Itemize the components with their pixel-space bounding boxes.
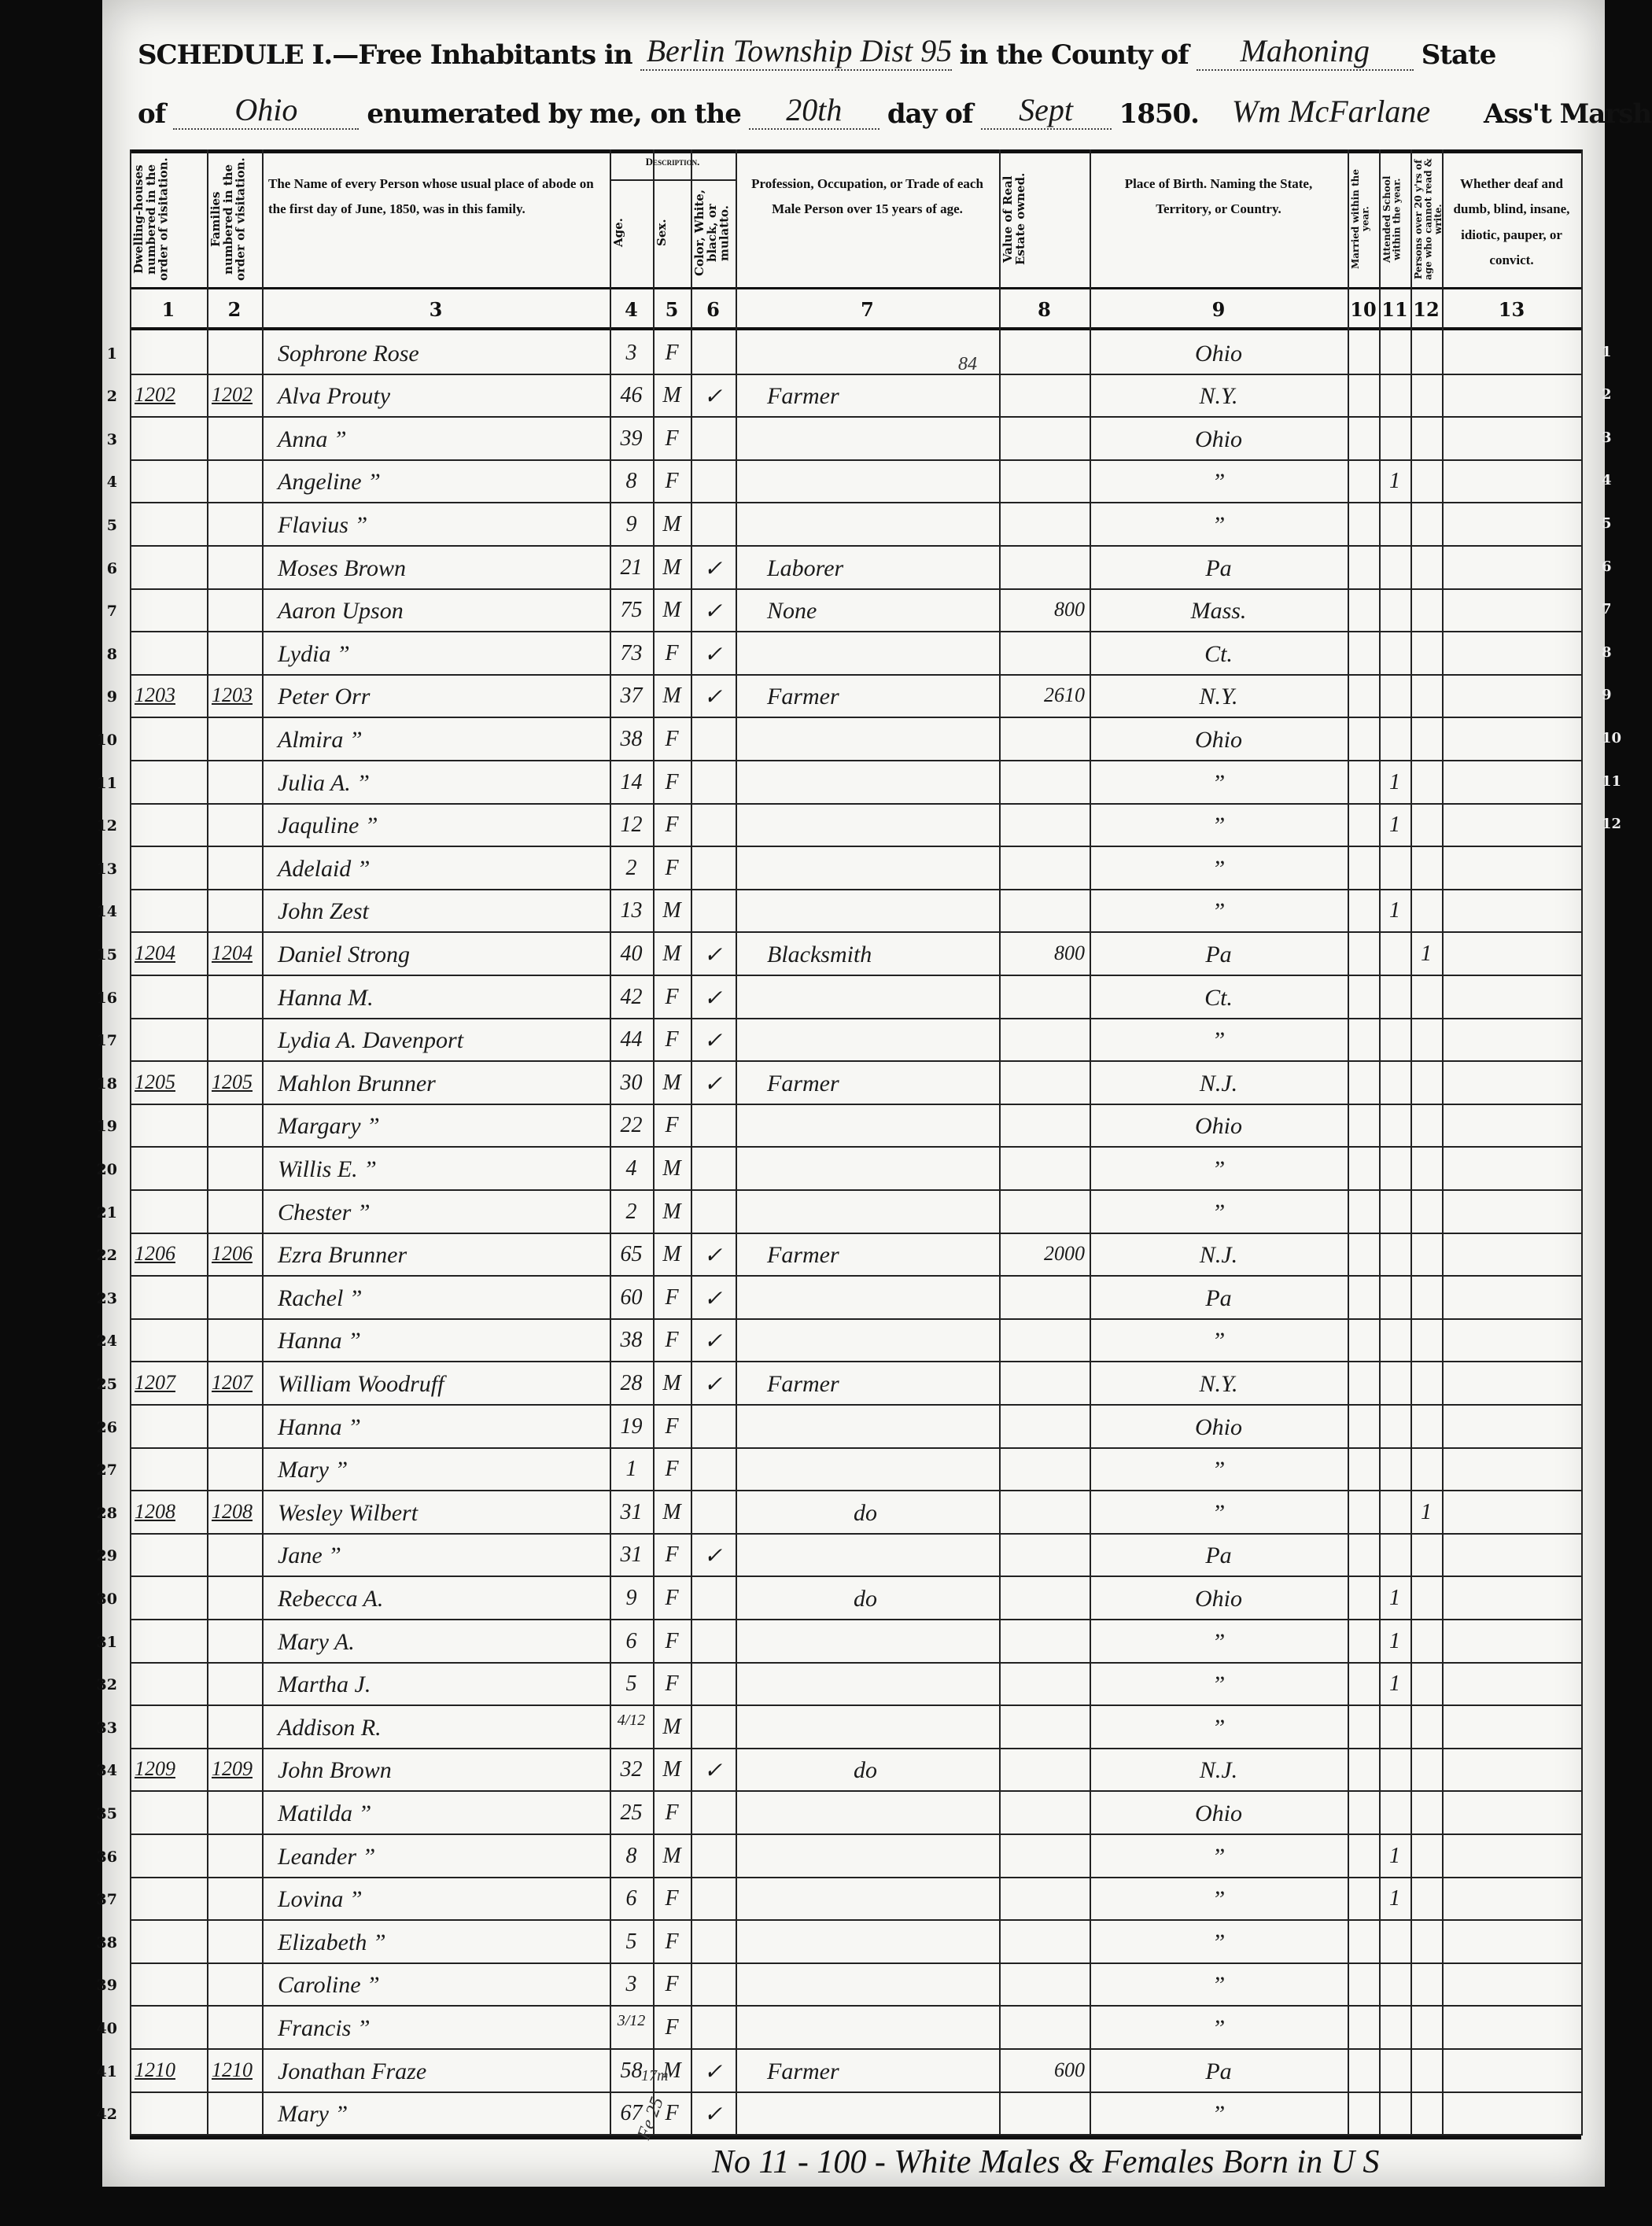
description-group-label: Description. [610, 153, 736, 172]
cell-sex: M [658, 898, 686, 923]
cell-family: 1206 [212, 1242, 257, 1266]
cell-color: ✓ [695, 1285, 731, 1312]
column-header-2: Families numbered in the order of visita… [210, 157, 259, 281]
cell-sex: F [658, 1457, 686, 1482]
line-number: 25 [86, 1376, 117, 1393]
cell-sex: M [658, 1844, 686, 1869]
cell-sex: F [658, 1285, 686, 1310]
cell-occupation: do [854, 1500, 1108, 1527]
cell-sex: M [658, 1200, 686, 1225]
cell-birthplace: Pa [1094, 1285, 1343, 1312]
cell-school: 1 [1384, 1844, 1406, 1869]
column-divider [1442, 149, 1444, 2136]
cell-name: Matilda ” [278, 1800, 616, 1827]
table-bottom-rule [130, 2136, 1581, 2139]
marshal-title: Ass't Marshal. [1484, 98, 1652, 130]
column-header-7: Profession, Occupation, or Trade of each… [742, 171, 993, 223]
cell-school: 1 [1384, 1671, 1406, 1697]
adjacent-line-number: 4 [1602, 472, 1612, 488]
cell-age: 44 [614, 1027, 648, 1052]
cell-dwelling: 1208 [135, 1500, 202, 1524]
cell-birthplace: Mass. [1094, 598, 1343, 625]
row-rule [130, 459, 1581, 461]
row-rule [130, 931, 1581, 933]
cell-name: Flavius ” [278, 512, 616, 539]
year-label: 1850. [1119, 98, 1199, 130]
cell-sex: F [658, 856, 686, 881]
cell-name: Anna ” [278, 426, 616, 453]
cell-age: 4 [614, 1156, 648, 1181]
adjacent-line-number: 10 [1602, 730, 1621, 746]
row-rule [130, 1104, 1581, 1105]
row-rule [130, 1834, 1581, 1835]
cell-name: Almira ” [278, 727, 616, 754]
cell-sex: M [658, 555, 686, 580]
row-rule [130, 846, 1581, 847]
cell-name: Alva Prouty [278, 383, 616, 410]
cell-name: Margary ” [278, 1113, 616, 1140]
line-number: 26 [86, 1419, 117, 1436]
row-rule [130, 1447, 1581, 1449]
line-number: 14 [86, 903, 117, 920]
column-number-8: 8 [999, 298, 1090, 321]
cell-birthplace: ” [1094, 1629, 1343, 1656]
cell-sex: F [658, 770, 686, 795]
cell-birthplace: Pa [1094, 1542, 1343, 1569]
row-rule [130, 760, 1581, 761]
cell-birthplace: ” [1094, 898, 1343, 925]
line-number: 29 [86, 1547, 117, 1564]
cell-birthplace: Pa [1094, 2058, 1343, 2085]
cell-family: 1203 [212, 684, 257, 707]
line-number: 31 [86, 1634, 117, 1651]
line-number: 19 [86, 1118, 117, 1135]
marshal-signature: Wm McFarlane [1207, 93, 1455, 130]
cell-color: ✓ [695, 942, 731, 968]
cell-age: 5 [614, 1929, 648, 1955]
column-number-7: 7 [736, 298, 999, 321]
cell-family: 1207 [212, 1371, 257, 1395]
day-of-label: day of [887, 98, 973, 130]
line-number: 10 [86, 732, 117, 749]
cell-age: 65 [614, 1242, 648, 1267]
cell-real-estate: 2610 [1004, 684, 1085, 707]
cell-age: 4/12 [614, 1712, 648, 1730]
cell-name: Hanna M. [278, 985, 616, 1012]
cell-age: 8 [614, 469, 648, 494]
cell-real-estate: 2000 [1004, 1242, 1085, 1266]
cell-school: 1 [1384, 469, 1406, 494]
column-number-1: 1 [130, 298, 207, 321]
line-number: 40 [86, 2020, 117, 2037]
line-number: 1 [86, 345, 117, 363]
cell-sex: M [658, 942, 686, 967]
cell-name: Mahlon Brunner [278, 1071, 616, 1097]
township-field: Berlin Township Dist 95 [640, 32, 952, 71]
cell-school: 1 [1384, 898, 1406, 923]
cell-name: Adelaid ” [278, 856, 616, 883]
line-number: 28 [86, 1505, 117, 1522]
cell-family: 1208 [212, 1500, 257, 1524]
cell-birthplace: Ohio [1094, 1414, 1343, 1441]
column-divider [262, 149, 264, 2136]
cell-school: 1 [1384, 770, 1406, 795]
cell-sex: M [658, 1371, 686, 1396]
state-label: State [1422, 39, 1496, 71]
cell-occupation: Farmer [767, 684, 1021, 710]
cell-name: Daniel Strong [278, 942, 616, 968]
cell-sex: F [658, 1113, 686, 1138]
cell-age: 19 [614, 1414, 648, 1439]
line-number: 20 [86, 1161, 117, 1178]
cell-name: Hanna ” [278, 1328, 616, 1354]
row-rule [130, 1189, 1581, 1191]
cell-name: Rachel ” [278, 1285, 616, 1312]
column-number-5: 5 [653, 298, 691, 321]
cell-occupation: Farmer [767, 1071, 1021, 1097]
header-bottom-rule [130, 287, 1581, 289]
cell-sex: F [658, 985, 686, 1010]
row-rule [130, 502, 1581, 503]
cell-age: 3 [614, 341, 648, 366]
cell-birthplace: N.Y. [1094, 1371, 1343, 1398]
line-number: 30 [86, 1590, 117, 1608]
cell-name: Mary A. [278, 1629, 616, 1656]
footer-summary: No 11 - 100 - White Males & Females Born… [712, 2143, 1379, 2181]
cell-age: 6 [614, 1629, 648, 1654]
column-divider [653, 149, 655, 2136]
cell-birthplace: ” [1094, 1972, 1343, 1999]
column-header-6: Color, White, black, or mulatto. [694, 185, 732, 281]
cell-name: Jonathan Fraze [278, 2058, 616, 2085]
adjacent-line-number: 9 [1602, 687, 1612, 703]
cell-name: Leander ” [278, 1844, 616, 1870]
row-rule [130, 1790, 1581, 1792]
row-rule [130, 2048, 1581, 2050]
cell-color: ✓ [695, 1542, 731, 1569]
cell-dwelling: 1206 [135, 1242, 202, 1266]
cell-age: 9 [614, 1586, 648, 1611]
cell-birthplace: ” [1094, 1715, 1343, 1741]
line-number: 21 [86, 1204, 117, 1222]
cell-birthplace: ” [1094, 1328, 1343, 1354]
column-divider [1348, 149, 1349, 2136]
cell-name: Ezra Brunner [278, 1242, 616, 1269]
cell-illiterate: 1 [1415, 942, 1437, 967]
cell-name: Lydia ” [278, 641, 616, 668]
row-rule [130, 2091, 1581, 2093]
row-rule [130, 1018, 1581, 1019]
column-header-5: Sex. [656, 185, 688, 281]
row-rule [130, 416, 1581, 418]
line-number: 15 [86, 946, 117, 964]
cell-birthplace: ” [1094, 1929, 1343, 1956]
column-number-13: 13 [1442, 298, 1581, 321]
cell-name: John Zest [278, 898, 616, 925]
schedule-label: SCHEDULE I.—Free Inhabitants in [138, 39, 632, 71]
cell-dwelling: 1205 [135, 1071, 202, 1094]
cell-occupation: Farmer [767, 383, 1021, 410]
cell-occupation: Laborer [767, 555, 1021, 582]
cell-birthplace: ” [1094, 1844, 1343, 1870]
row-rule [130, 1060, 1581, 1062]
state-field: Ohio [173, 91, 359, 130]
row-rule [130, 803, 1581, 805]
cell-birthplace: ” [1094, 1200, 1343, 1226]
cell-color: ✓ [695, 684, 731, 710]
column-header-4: Age. [613, 185, 650, 281]
cell-color: ✓ [695, 598, 731, 625]
column-number-2: 2 [207, 298, 262, 321]
cell-age: 3/12 [614, 2012, 648, 2030]
cell-sex: F [658, 1886, 686, 1911]
cell-name: Martha J. [278, 1671, 616, 1698]
row-rule [130, 717, 1581, 718]
cell-birthplace: Ohio [1094, 1113, 1343, 1140]
cell-color: ✓ [695, 1071, 731, 1097]
cell-age: 60 [614, 1285, 648, 1310]
cell-age: 9 [614, 512, 648, 537]
cell-dwelling: 1202 [135, 383, 202, 407]
cell-sex: M [658, 1500, 686, 1525]
cell-name: Jane ” [278, 1542, 616, 1569]
cell-occupation: do [854, 1586, 1108, 1612]
cell-birthplace: N.Y. [1094, 684, 1343, 710]
cell-name: Hanna ” [278, 1414, 616, 1441]
cell-birthplace: ” [1094, 512, 1343, 539]
cell-name: Mary ” [278, 1457, 616, 1483]
cell-age: 2 [614, 856, 648, 881]
row-rule [130, 1533, 1581, 1535]
line-number: 6 [86, 560, 117, 577]
cell-occupation: Blacksmith [767, 942, 1021, 968]
line-number: 22 [86, 1247, 117, 1264]
cell-name: John Brown [278, 1757, 616, 1784]
line-number: 23 [86, 1290, 117, 1307]
cell-sex: F [658, 641, 686, 666]
cell-sex: F [658, 1027, 686, 1052]
cell-birthplace: ” [1094, 856, 1343, 883]
cell-sex: M [658, 1715, 686, 1740]
column-header-8: Value of Real Estate owned. [1002, 157, 1086, 281]
cell-birthplace: ” [1094, 1886, 1343, 1913]
column-header-11: Attended School within the year. [1382, 157, 1407, 281]
cell-birthplace: Ohio [1094, 727, 1343, 754]
cell-sex: M [658, 1071, 686, 1096]
cell-name: Lovina ” [278, 1886, 616, 1913]
cell-age: 42 [614, 985, 648, 1010]
cell-school: 1 [1384, 1629, 1406, 1654]
row-rule [130, 1146, 1581, 1148]
row-rule [130, 1919, 1581, 1921]
line-number: 18 [86, 1075, 117, 1093]
cell-age: 46 [614, 383, 648, 408]
cell-age: 37 [614, 684, 648, 709]
cell-name: William Woodruff [278, 1371, 616, 1398]
cell-age: 28 [614, 1371, 648, 1396]
cell-age: 6 [614, 1886, 648, 1911]
column-header-10: Married within the year. [1351, 157, 1376, 281]
column-divider [999, 149, 1001, 2136]
cell-sex: F [658, 1972, 686, 1997]
cell-name: Addison R. [278, 1715, 616, 1741]
cell-dwelling: 1203 [135, 684, 202, 707]
line-number: 4 [86, 474, 117, 491]
cell-birthplace: ” [1094, 1500, 1343, 1527]
cell-birthplace: Ohio [1094, 341, 1343, 367]
adjacent-line-number: 11 [1602, 773, 1621, 790]
adjacent-line-number: 12 [1602, 816, 1621, 832]
cell-birthplace: Ct. [1094, 641, 1343, 668]
cell-real-estate: 600 [1004, 2058, 1085, 2082]
cell-sex: M [658, 684, 686, 709]
adjacent-line-number: 8 [1602, 644, 1612, 661]
line-number: 12 [86, 817, 117, 835]
line-number: 8 [86, 646, 117, 663]
cell-sex: F [658, 1671, 686, 1697]
cell-sex: F [658, 1414, 686, 1439]
cell-sex: M [658, 1242, 686, 1267]
cell-birthplace: ” [1094, 1156, 1343, 1183]
cell-age: 31 [614, 1542, 648, 1568]
cell-sex: F [658, 341, 686, 366]
cell-age: 1 [614, 1457, 648, 1482]
cell-age: 32 [614, 1757, 648, 1782]
cell-birthplace: N.J. [1094, 1757, 1343, 1784]
cell-school: 1 [1384, 1886, 1406, 1911]
adjacent-line-number: 6 [1602, 558, 1612, 575]
cell-family: 1202 [212, 383, 257, 407]
cell-color: ✓ [695, 1242, 731, 1269]
line-number: 41 [86, 2063, 117, 2080]
column-number-10: 10 [1348, 298, 1379, 321]
cell-birthplace: Ohio [1094, 426, 1343, 453]
cell-birthplace: Pa [1094, 942, 1343, 968]
cell-dwelling: 1210 [135, 2058, 202, 2082]
row-rule [130, 1318, 1581, 1320]
column-divider [1410, 149, 1412, 2136]
cell-color: ✓ [695, 2101, 731, 2128]
cell-age: 75 [614, 598, 648, 623]
cell-occupation: do [854, 1757, 1108, 1784]
row-rule [130, 1490, 1581, 1491]
adjacent-line-number: 5 [1602, 515, 1612, 532]
line-number: 39 [86, 1977, 117, 1994]
line-number: 38 [86, 1934, 117, 1951]
cell-name: Peter Orr [278, 684, 616, 710]
cell-color: ✓ [695, 1371, 731, 1398]
header-line-2: of Ohio enumerated by me, on the 20th da… [138, 83, 1652, 130]
cell-name: Elizabeth ” [278, 1929, 616, 1956]
cell-color: ✓ [695, 2058, 731, 2085]
cell-dwelling: 1209 [135, 1757, 202, 1781]
cell-birthplace: Ohio [1094, 1586, 1343, 1612]
column-number-rule [130, 327, 1581, 330]
cell-sex: F [658, 2015, 686, 2040]
cell-age: 38 [614, 727, 648, 752]
enumerated-label: enumerated by me, on the [367, 98, 741, 130]
row-rule [130, 1576, 1581, 1577]
cell-sex: F [658, 1629, 686, 1654]
cell-name: Lydia A. Davenport [278, 1027, 616, 1054]
cell-occupation: Farmer [767, 1371, 1021, 1398]
cell-age: 3 [614, 1972, 648, 1997]
line-number: 7 [86, 603, 117, 620]
line-number: 2 [86, 388, 117, 405]
cell-color: ✓ [695, 383, 731, 410]
column-header-12: Persons over 20 y'rs of age who cannot r… [1414, 157, 1439, 281]
row-rule [130, 1705, 1581, 1706]
cell-name: Angeline ” [278, 469, 616, 496]
row-rule [130, 1361, 1581, 1362]
cell-family: 1209 [212, 1757, 257, 1781]
cell-color: ✓ [695, 555, 731, 582]
line-number: 42 [86, 2106, 117, 2123]
tally-note: 17m [641, 2067, 668, 2085]
cell-family: 1205 [212, 1071, 257, 1094]
row-rule [130, 1233, 1581, 1234]
column-divider [736, 149, 737, 2136]
cell-age: 8 [614, 1844, 648, 1869]
cell-sex: M [658, 383, 686, 408]
cell-age: 73 [614, 641, 648, 666]
line-number: 33 [86, 1719, 117, 1737]
line-number: 34 [86, 1762, 117, 1779]
description-group-rule [610, 179, 736, 181]
cell-name: Mary ” [278, 2101, 616, 2128]
line-number: 37 [86, 1891, 117, 1908]
column-header-9: Place of Birth. Naming the State, Territ… [1096, 171, 1341, 223]
column-header-13: Whether deaf and dumb, blind, insane, id… [1448, 171, 1575, 273]
row-rule [130, 1748, 1581, 1749]
scan-border-right [1597, 0, 1652, 2226]
cell-occupation: Farmer [767, 2058, 1021, 2085]
line-number: 3 [86, 431, 117, 448]
column-header-1: Dwelling-houses numbered in the order of… [133, 157, 204, 281]
column-header-3: The Name of every Person whose usual pla… [268, 171, 603, 223]
cell-sex: M [658, 512, 686, 537]
adjacent-line-number: 2 [1602, 386, 1612, 403]
column-divider [1379, 149, 1381, 2136]
page-number-note: 84 [958, 354, 977, 375]
cell-age: 5 [614, 1671, 648, 1697]
cell-school: 1 [1384, 1586, 1406, 1611]
cell-age: 13 [614, 898, 648, 923]
column-number-4: 4 [610, 298, 653, 321]
of-label: of [138, 98, 165, 130]
cell-birthplace: ” [1094, 1457, 1343, 1483]
row-rule [130, 588, 1581, 590]
row-rule [130, 975, 1581, 976]
cell-sex: M [658, 1757, 686, 1782]
cell-sex: M [658, 598, 686, 623]
line-number: 24 [86, 1332, 117, 1350]
cell-birthplace: ” [1094, 813, 1343, 839]
column-number-3: 3 [262, 298, 610, 321]
line-number: 27 [86, 1461, 117, 1479]
cell-color: ✓ [695, 1328, 731, 1354]
line-number: 5 [86, 517, 117, 534]
cell-sex: M [658, 1156, 686, 1181]
column-number-9: 9 [1090, 298, 1348, 321]
cell-birthplace: Pa [1094, 555, 1343, 582]
cell-sex: F [658, 1328, 686, 1353]
cell-birthplace: ” [1094, 1027, 1343, 1054]
cell-name: Willis E. ” [278, 1156, 616, 1183]
cell-sex: F [658, 727, 686, 752]
cell-school: 1 [1384, 813, 1406, 838]
row-rule [130, 1619, 1581, 1620]
